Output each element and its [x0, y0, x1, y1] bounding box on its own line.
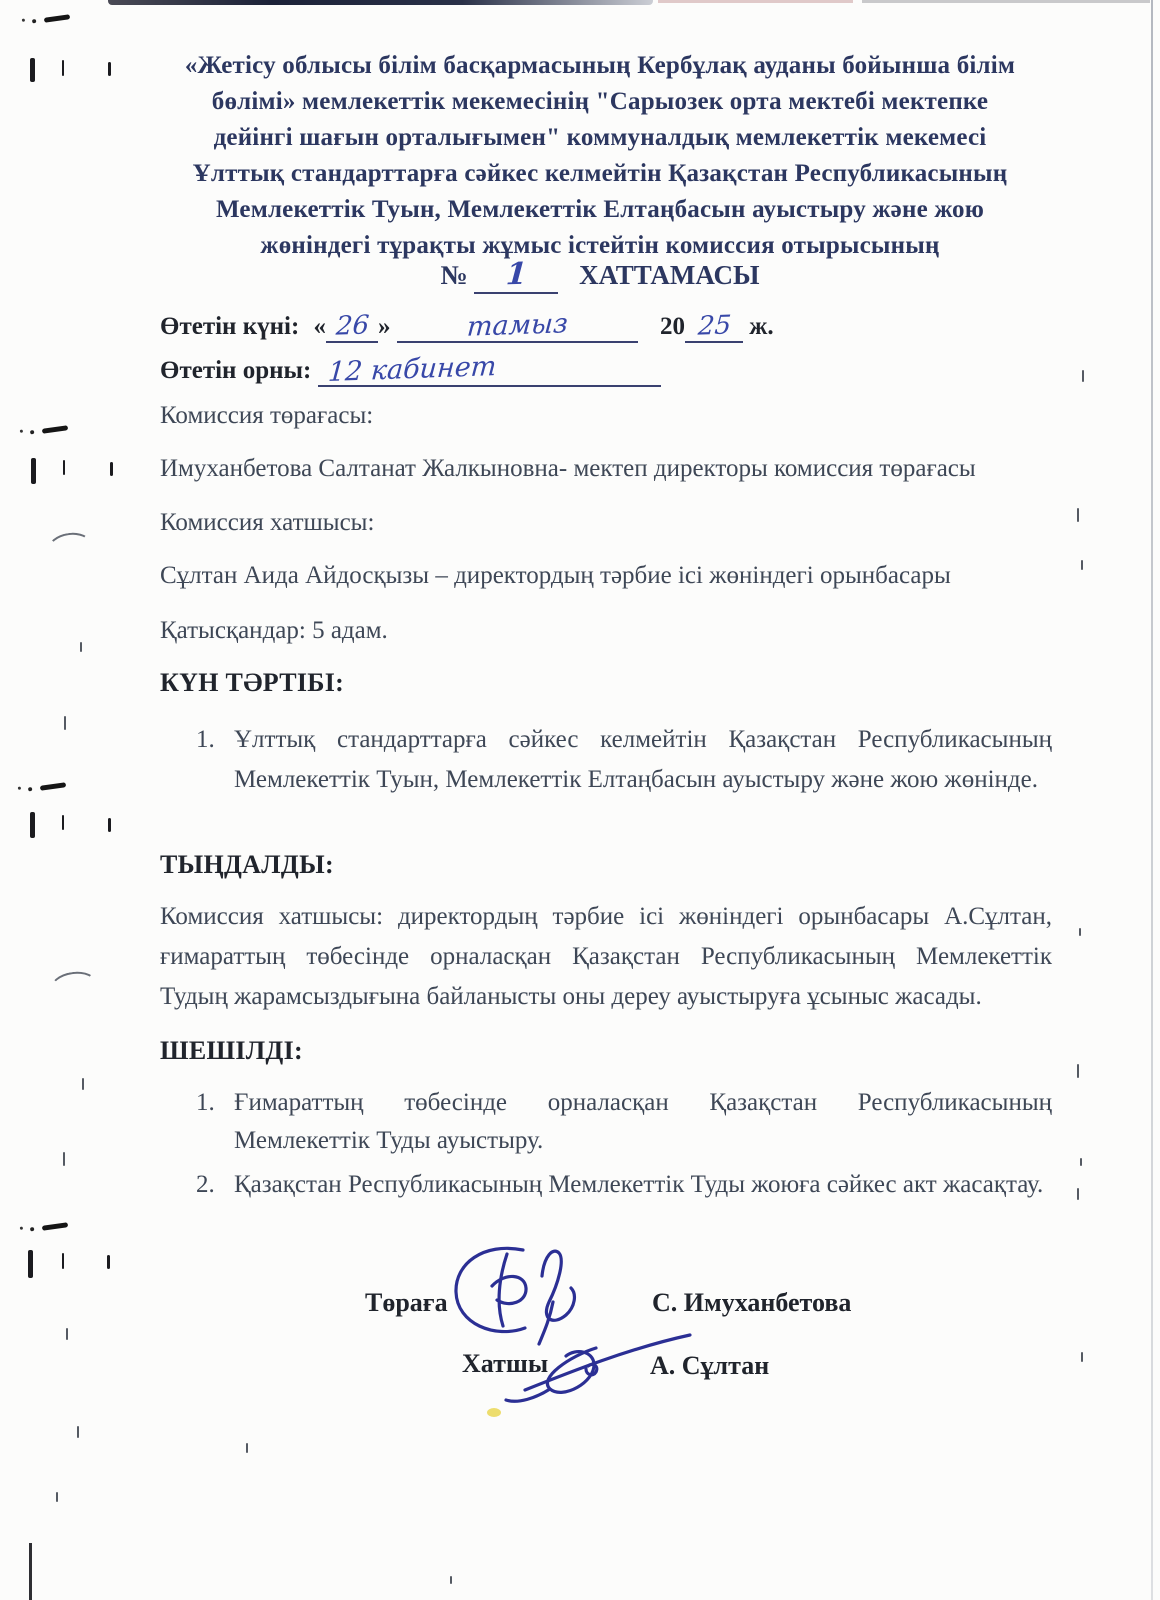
- protocol-number-handwritten: 1: [505, 257, 528, 293]
- agenda-item-text: Ұлттық стандарттарға сәйкес келмейтін Қа…: [234, 720, 1052, 800]
- place-label: Өтетін орны:: [160, 357, 311, 384]
- scan-artifact-arc: [46, 530, 93, 564]
- year-prefix: 20: [660, 313, 685, 340]
- scan-artifact-smudge: [44, 14, 70, 23]
- day-handwritten: 26: [334, 310, 369, 341]
- scan-artifact-tick: [1082, 370, 1084, 382]
- header-line: дейінгі шағын орталығымен" коммуналдық м…: [150, 120, 1050, 156]
- decided-item-text: Ғимараттың төбесінде орналасқан Қазақста…: [234, 1084, 1052, 1160]
- scan-artifact-top-streak: [862, 0, 1150, 3]
- scan-artifact-smudge: [40, 782, 66, 791]
- decided-item-number: 1.: [196, 1084, 234, 1160]
- day-underline: 26: [326, 311, 378, 343]
- header-line: Ұлттық стандарттарға сәйкес келмейтін Қа…: [150, 156, 1050, 192]
- scan-artifact-tick: [1077, 508, 1079, 522]
- scan-artifact-tick: [450, 1576, 452, 1584]
- quote-close: »: [378, 313, 391, 340]
- heard-heading: ТЫҢДАЛДЫ:: [160, 850, 334, 880]
- quote-open: «: [314, 313, 327, 340]
- scan-artifact-tick: [1081, 1352, 1083, 1362]
- agenda-list: 1. Ұлттық стандарттарға сәйкес келмейтін…: [196, 720, 1052, 806]
- scan-artifact-bar: [110, 462, 113, 476]
- place-handwritten: 12 кабинет: [327, 351, 497, 388]
- decided-list: 1. Ғимараттың төбесінде орналасқан Қазақ…: [196, 1084, 1052, 1210]
- agenda-item: 1. Ұлттық стандарттарға сәйкес келмейтін…: [196, 720, 1052, 800]
- year-suffix: ж.: [749, 313, 773, 340]
- meeting-place-line: Өтетін орны: 12 кабинет: [160, 354, 1052, 387]
- scan-artifact-tick: [66, 1328, 68, 1340]
- scan-artifact-tick: [77, 1426, 79, 1438]
- year-underline: 25: [685, 311, 743, 343]
- scan-artifact-bar: [62, 815, 64, 830]
- decided-item: 2. Қазақстан Республикасының Мемлекеттік…: [196, 1166, 1052, 1204]
- header-line: бөлімі» мемлекеттік мекемесінің "Сарыозе…: [150, 84, 1050, 120]
- scan-artifact-stain: [487, 1408, 501, 1417]
- scan-artifact-tick: [1079, 928, 1081, 936]
- year-handwritten: 25: [696, 310, 731, 341]
- scan-artifact-bar: [30, 812, 35, 838]
- header-line: Мемлекеттік Туын, Мемлекеттік Елтаңбасын…: [150, 192, 1050, 228]
- scan-artifact-bar: [108, 818, 111, 832]
- month-underline: тамыз: [397, 310, 638, 343]
- scan-artifact-top-streak: [108, 0, 653, 5]
- meeting-date-line: Өтетін күні: «26» тамыз 2025 ж.: [160, 310, 1052, 343]
- scan-artifact-bar: [62, 60, 64, 76]
- scan-artifact-bar: [28, 1250, 33, 1278]
- place-underline: 12 кабинет: [318, 354, 661, 387]
- scan-artifact-tick: [246, 1443, 248, 1453]
- scan-artifact-bar: [108, 62, 111, 76]
- scan-artifact-bar: [31, 458, 36, 484]
- scan-artifact-page-edge: [1151, 0, 1153, 1600]
- scan-artifact-bottom-line: [29, 1543, 32, 1600]
- decided-heading: ШЕШІЛДІ:: [160, 1036, 303, 1066]
- scan-artifact-bar: [107, 1255, 110, 1269]
- protocol-title: ХАТТАМАСЫ: [579, 260, 759, 290]
- document-header: «Жетісу облысы білім басқармасының Кербұ…: [150, 48, 1050, 264]
- decided-item: 1. Ғимараттың төбесінде орналасқан Қазақ…: [196, 1084, 1052, 1160]
- heard-paragraph: Комиссия хатшысы: директордың тәрбие ісі…: [160, 897, 1052, 1017]
- signature-name-chairman: С. Имуханбетова: [652, 1288, 851, 1318]
- scan-artifact-bar: [62, 1253, 64, 1269]
- secretary-name: Сұлтан Аида Айдосқызы – директордың тәрб…: [160, 562, 1052, 590]
- agenda-item-number: 1.: [196, 720, 234, 800]
- scan-artifact-smudge: [42, 1222, 68, 1231]
- scan-artifact-tick: [1077, 1188, 1079, 1200]
- scan-artifact-tick: [80, 642, 82, 652]
- chairman-name: Имуханбетова Салтанат Жалкыновна- мектеп…: [160, 455, 1052, 483]
- date-label: Өтетін күні:: [160, 313, 299, 340]
- chairman-label: Комиссия төрағасы:: [160, 402, 1052, 430]
- agenda-heading: КҮН ТӘРТІБІ:: [160, 668, 344, 698]
- scan-artifact-smudge: [42, 425, 68, 434]
- header-line: «Жетісу облысы білім басқармасының Кербұ…: [150, 48, 1050, 84]
- month-handwritten: тамыз: [466, 308, 569, 343]
- signature-role-chairman: Төраға: [365, 1288, 448, 1318]
- scan-artifact-bar: [30, 58, 35, 82]
- scan-artifact-tick: [1081, 560, 1083, 570]
- attendees-line: Қатысқандар: 5 адам.: [160, 617, 1052, 645]
- scan-artifact-tick: [82, 1078, 84, 1090]
- scan-artifact-tick: [56, 1492, 58, 1502]
- scan-artifact-tick: [63, 1152, 65, 1166]
- scanned-protocol-document: «Жетісу облысы білім басқармасының Кербұ…: [0, 0, 1160, 1600]
- secretary-label: Комиссия хатшысы:: [160, 509, 1052, 537]
- scan-artifact-arc: [48, 969, 100, 1005]
- numero-sign: №: [440, 260, 467, 290]
- scan-artifact-bar: [63, 460, 65, 475]
- scan-artifact-tick: [1077, 1064, 1079, 1078]
- decided-item-number: 2.: [196, 1166, 234, 1204]
- signature-name-secretary: А. Сұлтан: [650, 1351, 769, 1381]
- protocol-number-line: № 1 ХАТТАМАСЫ: [150, 257, 1050, 294]
- scan-artifact-top-streak: [658, 0, 853, 3]
- protocol-number-underline: 1: [474, 257, 558, 294]
- scan-artifact-tick: [1080, 1158, 1082, 1166]
- decided-item-text: Қазақстан Республикасының Мемлекеттік Ту…: [234, 1166, 1052, 1204]
- scan-artifact-tick: [64, 716, 66, 730]
